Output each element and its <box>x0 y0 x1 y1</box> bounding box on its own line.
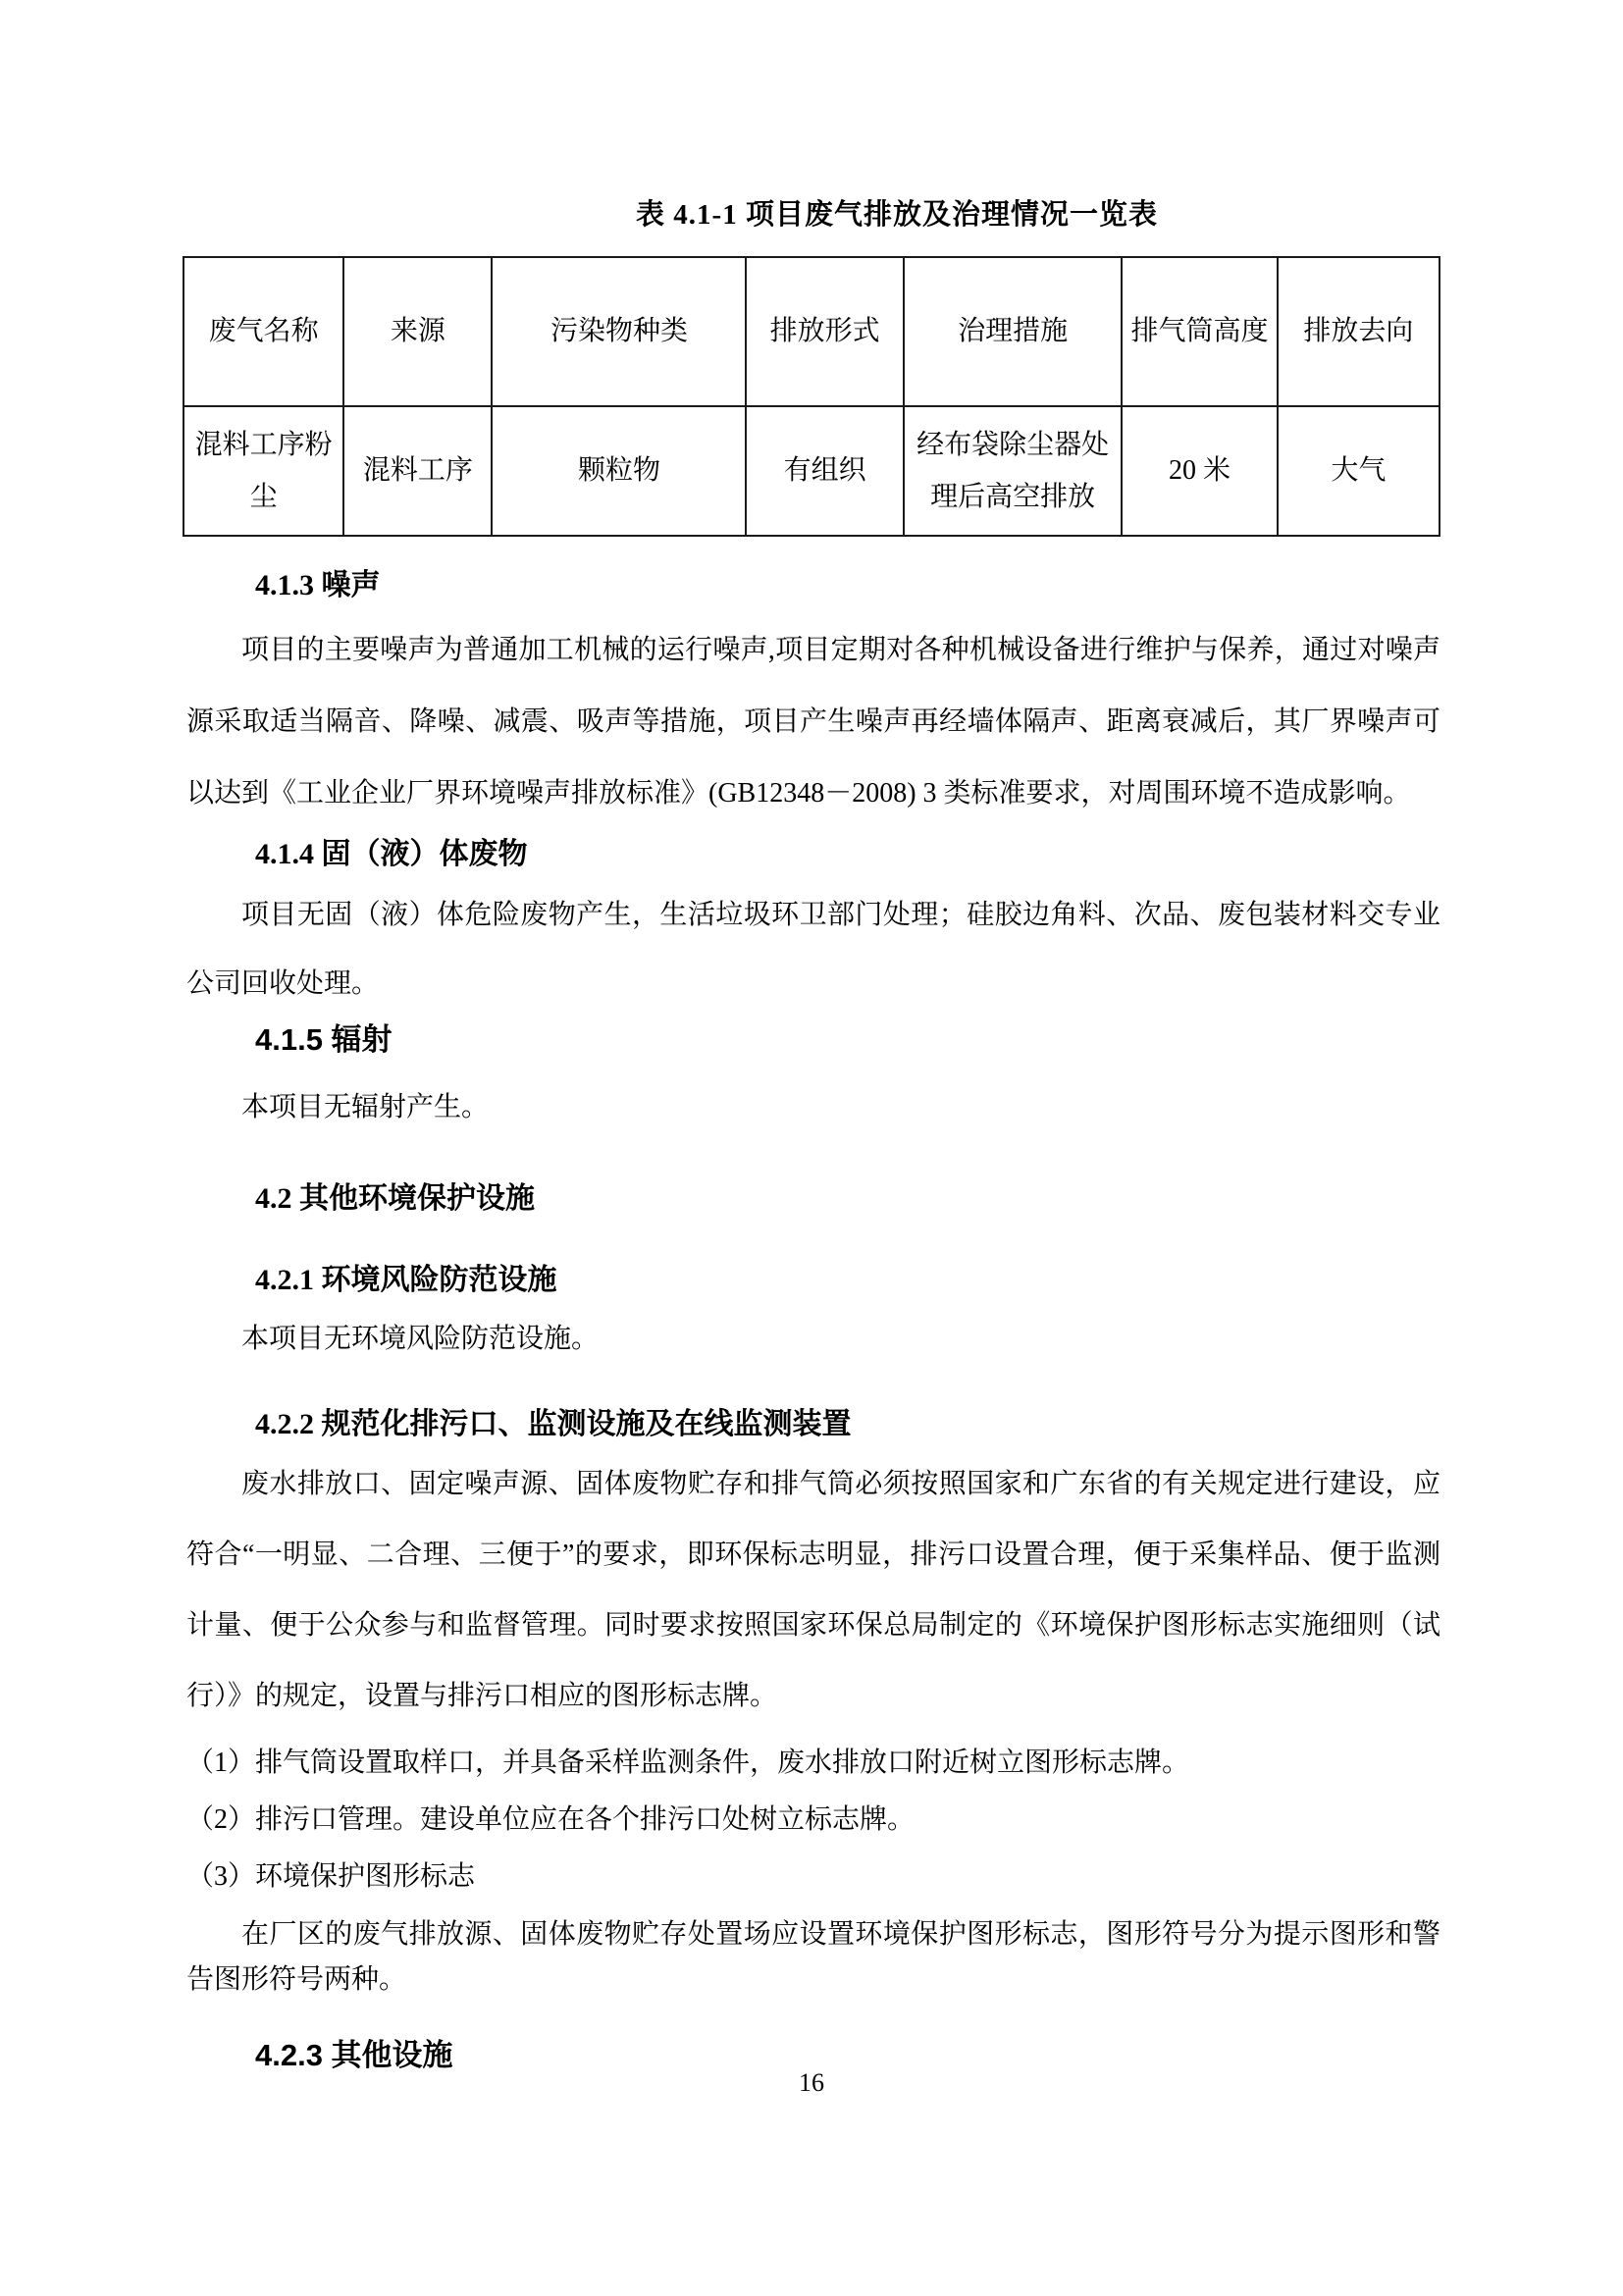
paragraph-graphic-signs: 在厂区的废气排放源、固体废物贮存处置场应设置环境保护图形标志，图形符号分为提示图… <box>186 1912 1440 2003</box>
col-header-waste-gas-name: 废气名称 <box>183 257 343 406</box>
list-item-3-graphic-signs: （3）环境保护图形标志 <box>186 1852 1440 1903</box>
cell-source: 混料工序 <box>343 406 492 536</box>
heading-4-2-2-standardized-outlets: 4.2.2 规范化排污口、监测设施及在线监测装置 <box>186 1405 1440 1443</box>
paragraph-noise: 项目的主要噪声为普通加工机械的运行噪声,项目定期对各种机械设备进行维护与保养，通… <box>186 614 1440 829</box>
col-header-stack-height: 排气筒高度 <box>1122 257 1277 406</box>
list-item-2-outlet-management: （2）排污口管理。建设单位应在各个排污口处树立标志牌。 <box>186 1795 1440 1846</box>
heading-4-2-other-environmental-facilities: 4.2 其他环境保护设施 <box>186 1179 1440 1218</box>
heading-4-1-5-radiation: 4.1.5 辐射 <box>186 1020 1440 1060</box>
col-header-source: 来源 <box>343 257 492 406</box>
heading-4-1-4-solid-liquid-waste: 4.1.4 固（液）体废物 <box>186 835 1440 873</box>
paragraph-outlets-requirements: 废水排放口、固定噪声源、固体废物贮存和排气筒必须按照国家和广东省的有关规定进行建… <box>186 1449 1440 1732</box>
table-row: 混料工序粉尘 混料工序 颗粒物 有组织 经布袋除尘器处理后高空排放 20 米 大… <box>183 406 1440 536</box>
emissions-table: 废气名称 来源 污染物种类 排放形式 治理措施 排气筒高度 排放去向 混料工序粉… <box>183 256 1440 537</box>
col-header-pollutant-type: 污染物种类 <box>492 257 746 406</box>
paragraph-radiation: 本项目无辐射产生。 <box>186 1073 1440 1142</box>
paragraph-risk-prevention: 本项目无环境风险防范设施。 <box>186 1305 1440 1374</box>
cell-waste-gas-name: 混料工序粉尘 <box>183 406 343 536</box>
col-header-treatment-measure: 治理措施 <box>904 257 1123 406</box>
col-header-discharge-destination: 排放去向 <box>1278 257 1440 406</box>
paragraph-solid-liquid-waste: 项目无固（液）体危险废物产生，生活垃圾环卫部门处理；硅胶边角料、次品、废包装材料… <box>186 881 1440 1018</box>
col-header-emission-form: 排放形式 <box>746 257 903 406</box>
cell-treatment-measure: 经布袋除尘器处理后高空排放 <box>904 406 1123 536</box>
cell-pollutant-type: 颗粒物 <box>492 406 746 536</box>
heading-4-2-1-risk-prevention: 4.2.1 环境风险防范设施 <box>186 1261 1440 1299</box>
cell-emission-form: 有组织 <box>746 406 903 536</box>
page-number: 16 <box>0 2068 1623 2098</box>
heading-4-1-3-noise: 4.1.3 噪声 <box>186 566 1440 604</box>
cell-stack-height: 20 米 <box>1122 406 1277 536</box>
cell-discharge-destination: 大气 <box>1278 406 1440 536</box>
table-caption: 表 4.1-1 项目废气排放及治理情况一览表 <box>186 0 1440 233</box>
table-header-row: 废气名称 来源 污染物种类 排放形式 治理措施 排气筒高度 排放去向 <box>183 257 1440 406</box>
document-page: 表 4.1-1 项目废气排放及治理情况一览表 废气名称 来源 污染物种类 排放形… <box>0 0 1623 2296</box>
list-item-1-sampling-port: （1）排气筒设置取样口，并具备采样监测条件，废水排放口附近树立图形标志牌。 <box>186 1738 1440 1789</box>
